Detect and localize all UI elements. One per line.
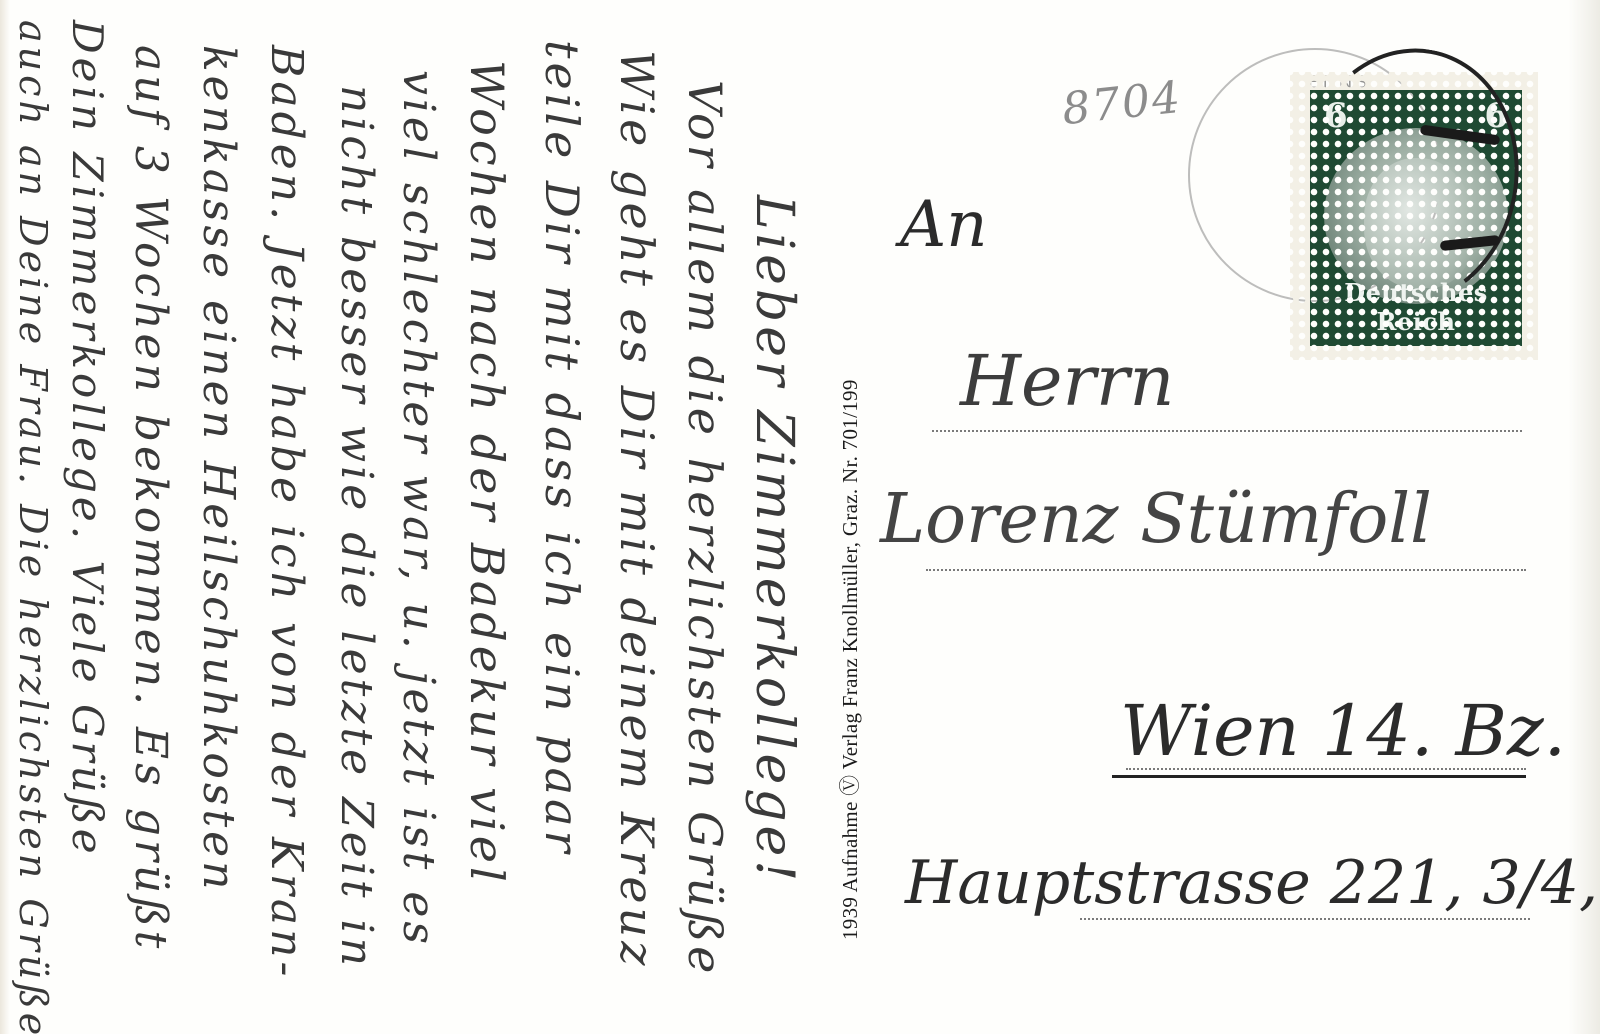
address-salutation: An bbox=[900, 188, 987, 262]
message-line: auf 3 Wochen bekommen. Es grüßt bbox=[128, 45, 172, 952]
reference-number: 8704 bbox=[1060, 72, 1185, 135]
address-rule bbox=[1080, 918, 1530, 920]
message-line: viel schlechter war, u. jetzt ist es bbox=[396, 70, 440, 948]
message-line: Wie geht es Dir mit deinem Kreuz bbox=[614, 50, 660, 969]
message-line: Baden. Jetzt habe ich von der Kran- bbox=[264, 45, 308, 980]
address-underline bbox=[1112, 775, 1526, 778]
message-line: Lieber Zimmerkollege! bbox=[748, 195, 800, 885]
message-line: nicht besser wie die letzte Zeit in bbox=[334, 85, 378, 970]
address-rule bbox=[932, 430, 1522, 432]
address-title: Herrn bbox=[960, 340, 1174, 422]
message-line: Vor allem die herzlichsten Grüße bbox=[682, 80, 728, 977]
address-rule bbox=[926, 569, 1526, 571]
handwritten-message: Lieber Zimmerkollege! Vor allem die herz… bbox=[0, 0, 820, 1034]
message-line: Wochen nach der Badekur viel bbox=[464, 60, 510, 886]
address-city: Wien 14. Bz. bbox=[1120, 690, 1566, 772]
postcard-back: Lieber Zimmerkollege! Vor allem die herz… bbox=[0, 0, 1600, 1034]
message-line: kenkasse einen Heilschuhkosten bbox=[196, 45, 240, 894]
message-line: teile Dir mit dass ich ein paar bbox=[539, 40, 585, 857]
address-name: Lorenz Stümfoll bbox=[880, 480, 1432, 559]
message-line: auch an Deine Frau. Die herzlichsten Grü… bbox=[14, 20, 52, 1034]
message-line: Dein Zimmerkollege. Viele Grüße bbox=[66, 20, 108, 858]
address-rule bbox=[1126, 768, 1526, 770]
publisher-imprint: 1939 Aufnahme Ⓥ Verlag Franz Knollmüller… bbox=[834, 379, 864, 940]
address-street: Hauptstrasse 221, 3/4, bbox=[905, 848, 1598, 918]
